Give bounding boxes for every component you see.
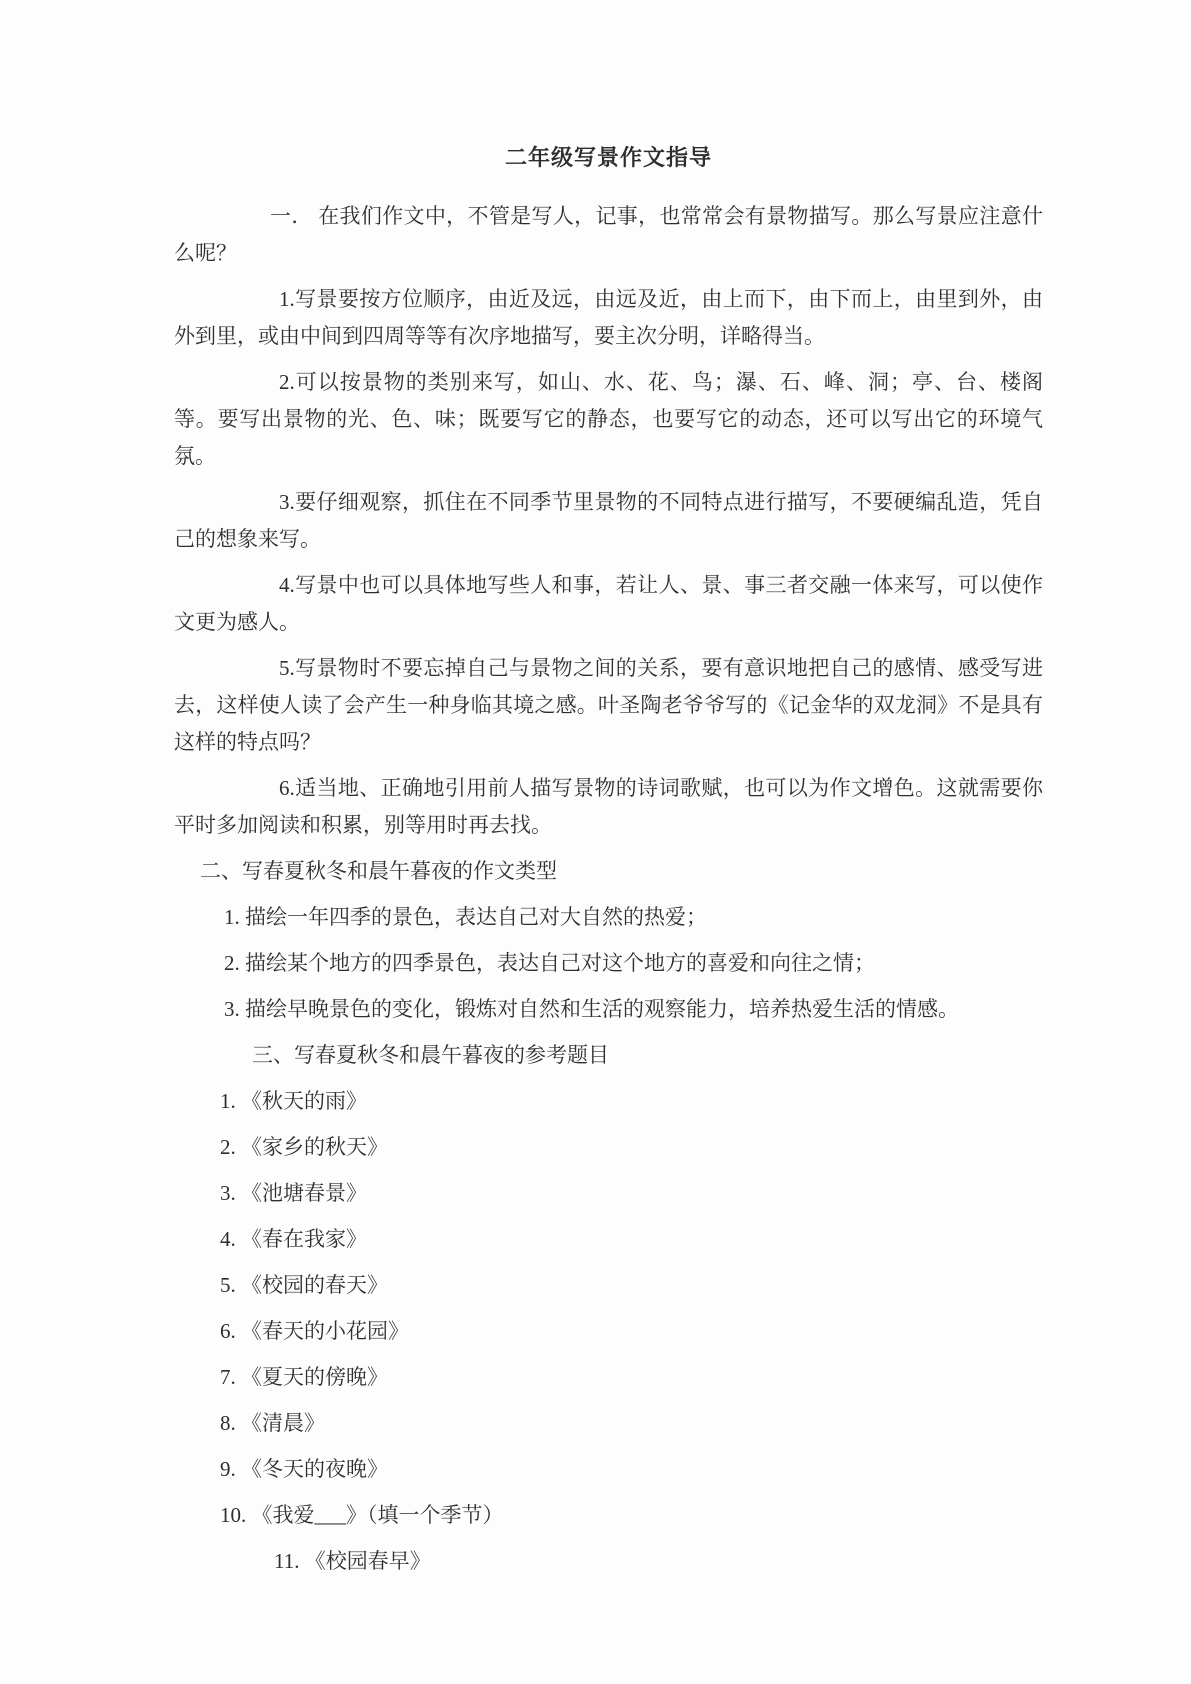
writing-point-3: 3.要仔细观察，抓住在不同季节里景物的不同特点进行描写，不要硬编乱造，凭自己的想… bbox=[174, 484, 1043, 558]
writing-point-4: 4.写景中也可以具体地写些人和事，若让人、景、事三者交融一体来写，可以使作文更为… bbox=[174, 567, 1043, 641]
reference-title-5: 5. 《校园的春天》 bbox=[174, 1267, 1043, 1304]
reference-title-10: 10. 《我爱___》（填一个季节） bbox=[174, 1497, 1043, 1534]
document-title: 二年级写景作文指导 bbox=[174, 140, 1043, 177]
reference-title-1: 1. 《秋天的雨》 bbox=[174, 1083, 1043, 1120]
writing-point-6: 6.适当地、正确地引用前人描写景物的诗词歌赋，也可以为作文增色。这就需要你平时多… bbox=[174, 770, 1043, 844]
reference-title-2: 2. 《家乡的秋天》 bbox=[174, 1129, 1043, 1166]
reference-title-7: 7. 《夏天的傍晚》 bbox=[174, 1359, 1043, 1396]
composition-type-2: 2. 描绘某个地方的四季景色，表达自己对这个地方的喜爱和向往之情； bbox=[174, 945, 1043, 982]
document-page: 二年级写景作文指导 一． 在我们作文中，不管是写人，记事，也常常会有景物描写。那… bbox=[0, 0, 1191, 1684]
reference-title-11: 11. 《校园春早》 bbox=[174, 1543, 1043, 1580]
reference-title-4: 4. 《春在我家》 bbox=[174, 1221, 1043, 1258]
section-three-heading: 三、写春夏秋冬和晨午暮夜的参考题目 bbox=[174, 1037, 1043, 1074]
writing-point-5: 5.写景物时不要忘掉自己与景物之间的关系，要有意识地把自己的感情、感受写进去，这… bbox=[174, 650, 1043, 761]
reference-title-8: 8. 《清晨》 bbox=[174, 1405, 1043, 1442]
writing-point-1: 1.写景要按方位顺序，由近及远，由远及近，由上而下，由下而上，由里到外，由外到里… bbox=[174, 281, 1043, 355]
reference-title-9: 9. 《冬天的夜晚》 bbox=[174, 1451, 1043, 1488]
intro-paragraph: 一． 在我们作文中，不管是写人，记事，也常常会有景物描写。那么写景应注意什么呢？ bbox=[174, 198, 1043, 272]
reference-title-3: 3. 《池塘春景》 bbox=[174, 1175, 1043, 1212]
section-two-heading: 二、写春夏秋冬和晨午暮夜的作文类型 bbox=[174, 853, 1043, 890]
composition-type-1: 1. 描绘一年四季的景色，表达自己对大自然的热爱； bbox=[174, 899, 1043, 936]
composition-type-3: 3. 描绘早晚景色的变化，锻炼对自然和生活的观察能力，培养热爱生活的情感。 bbox=[174, 991, 1043, 1028]
writing-point-2: 2.可以按景物的类别来写，如山、水、花、鸟；瀑、石、峰、洞；亭、台、楼阁等。要写… bbox=[174, 364, 1043, 475]
reference-title-6: 6. 《春天的小花园》 bbox=[174, 1313, 1043, 1350]
